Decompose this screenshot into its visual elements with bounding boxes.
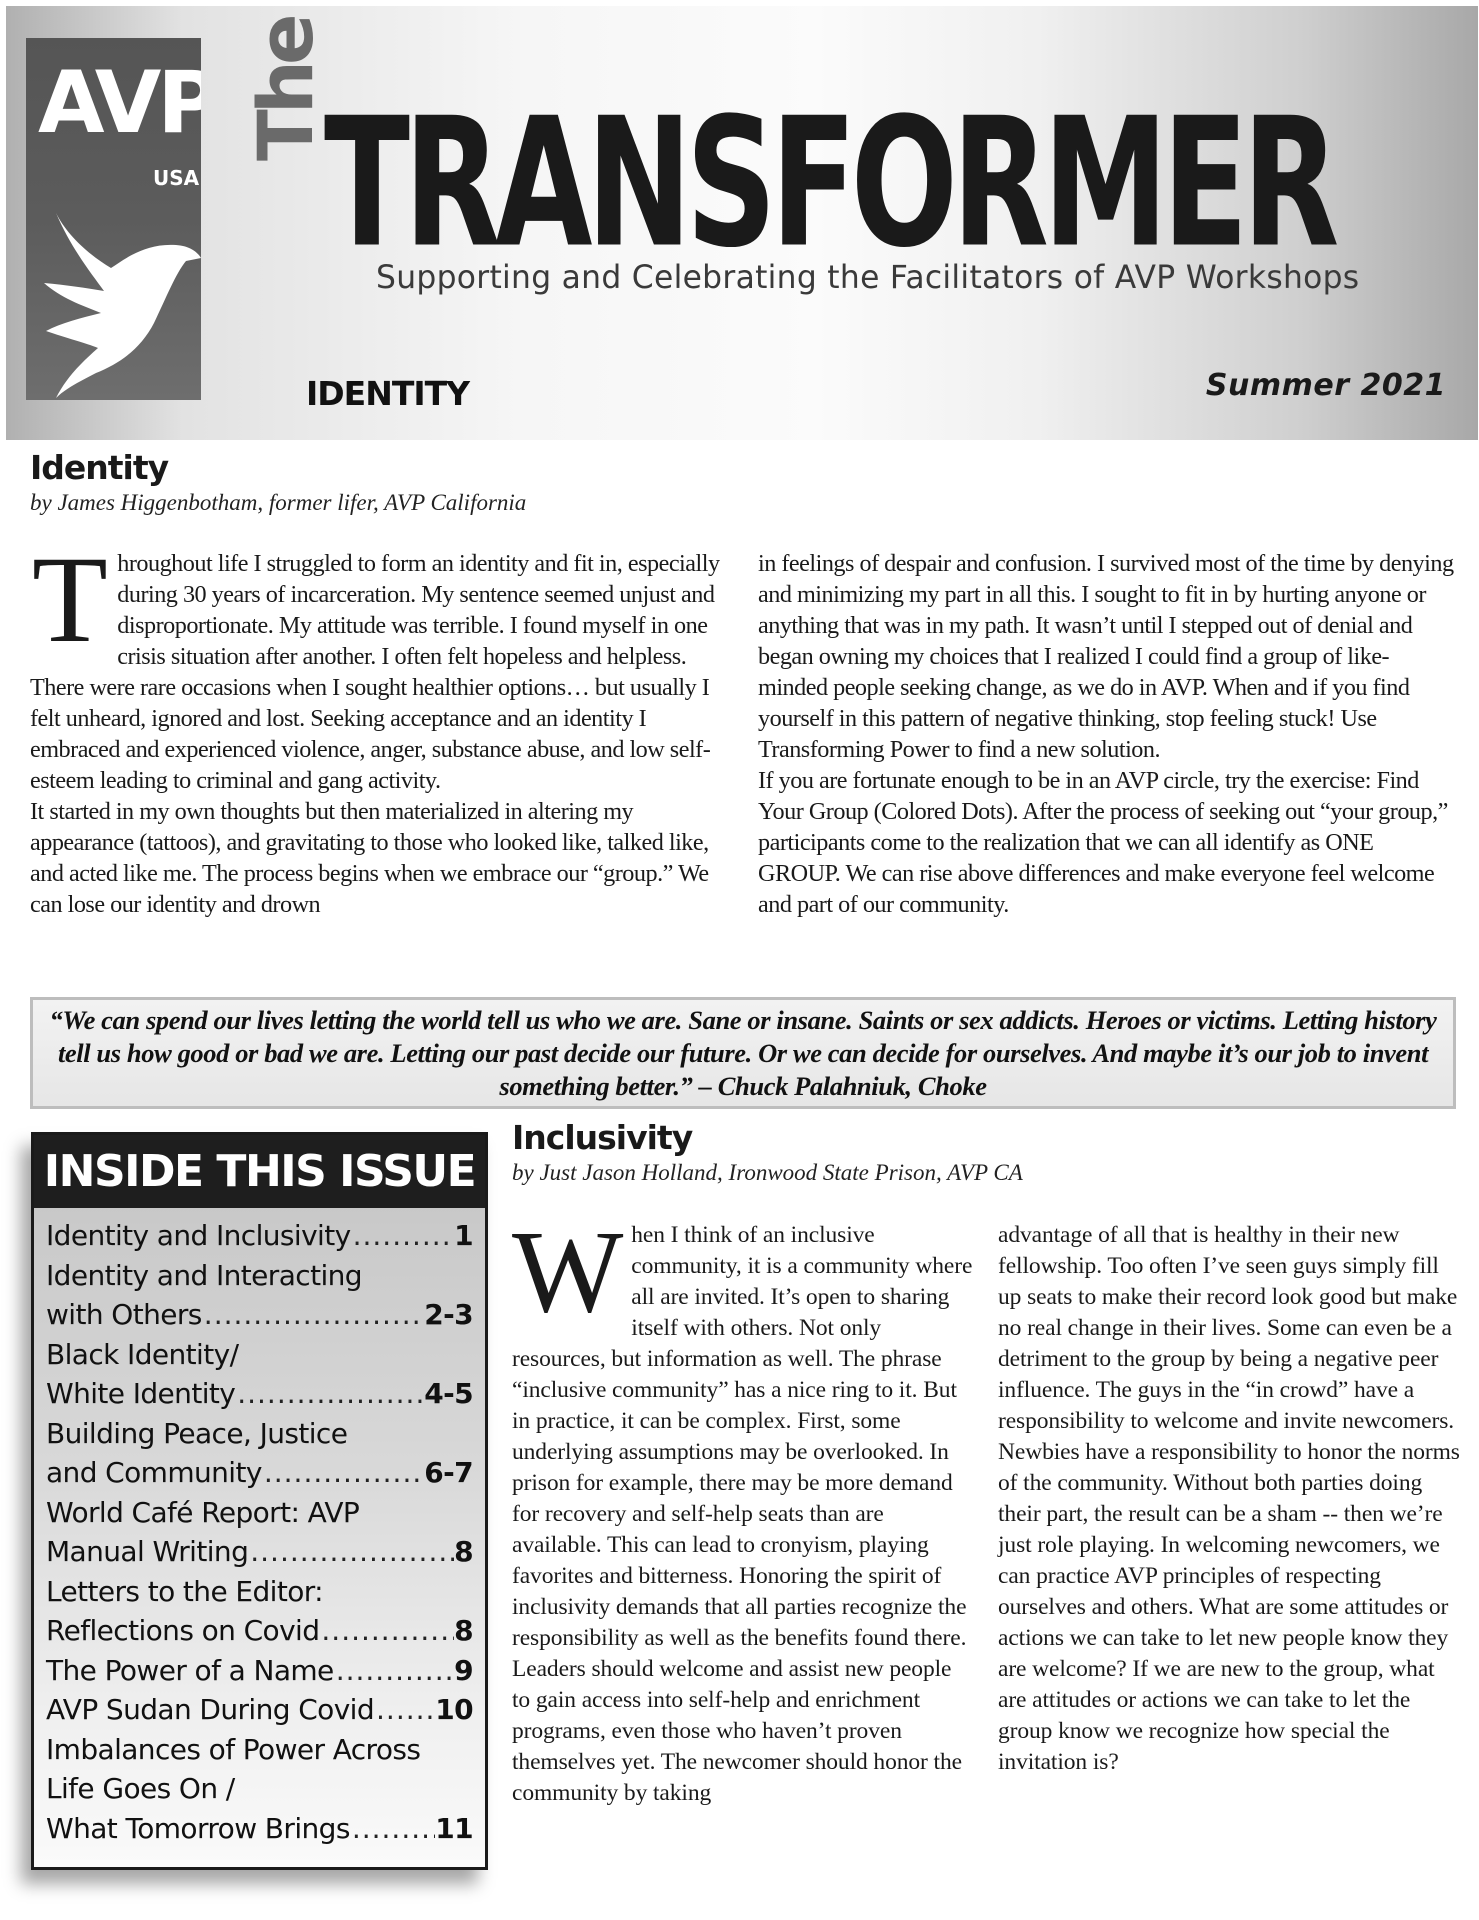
toc-entry-row: Reflections on Covid 8 — [46, 1611, 473, 1651]
toc-entry-label: Identity and Interacting — [46, 1256, 362, 1296]
toc-leader-dots — [374, 1690, 435, 1730]
toc-entry-label: World Café Report: AVP — [46, 1493, 359, 1533]
toc-entry-row: White Identity 4-5 — [46, 1374, 473, 1414]
paragraph: hroughout life I struggled to form an id… — [30, 548, 730, 796]
toc-leader-dots — [319, 1611, 454, 1651]
paragraph: If you are fortunate enough to be in an … — [758, 765, 1458, 920]
toc-entry[interactable]: Letters to the Editor:Reflections on Cov… — [46, 1572, 473, 1651]
toc-leader-dots — [248, 1532, 454, 1572]
avp-usa-logo: AVP USA — [26, 38, 201, 400]
toc-entry-label: and Community — [46, 1453, 262, 1493]
toc-entry-row: AVP Sudan During Covid 10 — [46, 1690, 473, 1730]
article-identity-column-2: in feelings of despair and confusion. I … — [758, 548, 1458, 920]
toc-leader-dots — [202, 1295, 424, 1335]
toc-page-number: 9 — [454, 1651, 473, 1691]
the-label: The — [248, 19, 324, 162]
toc-leader-dots — [334, 1651, 454, 1691]
toc-entry-label: What Tomorrow Brings — [46, 1809, 350, 1849]
drop-cap: T — [32, 554, 107, 646]
toc-entry[interactable]: Identity and Interactingwith Others 2-3 — [46, 1256, 473, 1335]
toc-list: Identity and Inclusivity1Identity and In… — [34, 1208, 485, 1848]
toc-entry-line: Black Identity/ — [46, 1335, 473, 1375]
toc-entry-row: The Power of a Name9 — [46, 1651, 473, 1691]
pull-quote-text: “We can spend our lives letting the worl… — [39, 1004, 1447, 1103]
toc-entry-line: Building Peace, Justice — [46, 1414, 473, 1454]
toc-entry[interactable]: Identity and Inclusivity1 — [46, 1216, 473, 1256]
article-identity-column-1: T hroughout life I struggled to form an … — [30, 548, 730, 920]
paragraph: It started in my own thoughts but then m… — [30, 796, 730, 920]
toc-page-number: 4-5 — [424, 1374, 473, 1414]
toc-entry[interactable]: AVP Sudan During Covid 10 — [46, 1690, 473, 1730]
issue-date: Summer 2021 — [1206, 368, 1446, 403]
toc-entry-label: Manual Writing — [46, 1532, 248, 1572]
toc-entry-line: Letters to the Editor: — [46, 1572, 473, 1612]
toc-entry-label: Letters to the Editor: — [46, 1572, 323, 1612]
toc-entry-row: and Community 6-7 — [46, 1453, 473, 1493]
toc-entry-label: Life Goes On / — [46, 1769, 235, 1809]
inside-this-issue: INSIDE THIS ISSUE Identity and Inclusivi… — [31, 1132, 488, 1870]
toc-leader-dots — [262, 1453, 424, 1493]
article-inclusivity-column-2: advantage of all that is healthy in thei… — [998, 1220, 1466, 1778]
toc-entry-label: Reflections on Covid — [46, 1611, 319, 1651]
toc-entry-line: World Café Report: AVP — [46, 1493, 473, 1533]
toc-entry[interactable]: Imbalances of Power AcrossLife Goes On /… — [46, 1730, 473, 1849]
toc-entry-row: Manual Writing 8 — [46, 1532, 473, 1572]
article-inclusivity-column-1: W hen I think of an inclusive community,… — [512, 1220, 974, 1809]
dove-icon — [26, 213, 201, 398]
toc-page-number: 11 — [435, 1809, 473, 1849]
toc-entry-line: Identity and Interacting — [46, 1256, 473, 1296]
toc-leader-dots — [235, 1374, 424, 1414]
masthead: AVP USA The TRANSFORMER Supporting and C… — [6, 6, 1478, 440]
toc-entry-label: Imbalances of Power Across — [46, 1730, 420, 1770]
toc-page-number: 1 — [454, 1216, 473, 1256]
toc-entry[interactable]: The Power of a Name9 — [46, 1651, 473, 1691]
toc-entry-label: with Others — [46, 1295, 202, 1335]
toc-leader-dots — [351, 1216, 455, 1256]
toc-entry-line: Life Goes On / — [46, 1769, 473, 1809]
article-byline-inclusivity: by Just Jason Holland, Ironwood State Pr… — [512, 1160, 1023, 1186]
toc-entry[interactable]: World Café Report: AVPManual Writing 8 — [46, 1493, 473, 1572]
toc-leader-dots — [350, 1809, 435, 1849]
pull-quote: “We can spend our lives letting the worl… — [30, 997, 1456, 1109]
inside-this-issue-header: INSIDE THIS ISSUE — [34, 1135, 485, 1208]
toc-entry[interactable]: Building Peace, Justiceand Community 6-7 — [46, 1414, 473, 1493]
toc-entry[interactable]: Black Identity/White Identity 4-5 — [46, 1335, 473, 1414]
toc-entry-label: White Identity — [46, 1374, 235, 1414]
toc-page-number: 10 — [435, 1690, 473, 1730]
toc-page-number: 6-7 — [424, 1453, 473, 1493]
toc-entry-label: AVP Sudan During Covid — [46, 1690, 374, 1730]
toc-entry-label: Identity and Inclusivity — [46, 1216, 351, 1256]
paragraph: in feelings of despair and confusion. I … — [758, 548, 1458, 765]
logo-avp-text: AVP — [38, 60, 198, 146]
paragraph: advantage of all that is healthy in thei… — [998, 1220, 1466, 1778]
article-byline-identity: by James Higgenbotham, former lifer, AVP… — [30, 490, 526, 516]
tagline: Supporting and Celebrating the Facilitat… — [376, 258, 1359, 296]
article-title-inclusivity: Inclusivity — [512, 1118, 692, 1157]
toc-page-number: 8 — [454, 1611, 473, 1651]
toc-page-number: 2-3 — [424, 1295, 473, 1335]
drop-cap: W — [512, 1226, 623, 1318]
toc-entry-row: with Others 2-3 — [46, 1295, 473, 1335]
issue-theme: IDENTITY — [306, 374, 469, 413]
toc-page-number: 8 — [454, 1532, 473, 1572]
toc-entry-label: Black Identity/ — [46, 1335, 238, 1375]
toc-entry-label: Building Peace, Justice — [46, 1414, 347, 1454]
toc-entry-label: The Power of a Name — [46, 1651, 334, 1691]
logo-usa-text: USA — [153, 166, 199, 190]
toc-entry-row: What Tomorrow Brings 11 — [46, 1809, 473, 1849]
newsletter-title: TRANSFORMER — [324, 94, 1333, 272]
toc-entry-line: Imbalances of Power Across — [46, 1730, 473, 1770]
toc-entry-row: Identity and Inclusivity1 — [46, 1216, 473, 1256]
article-title-identity: Identity — [30, 448, 168, 487]
